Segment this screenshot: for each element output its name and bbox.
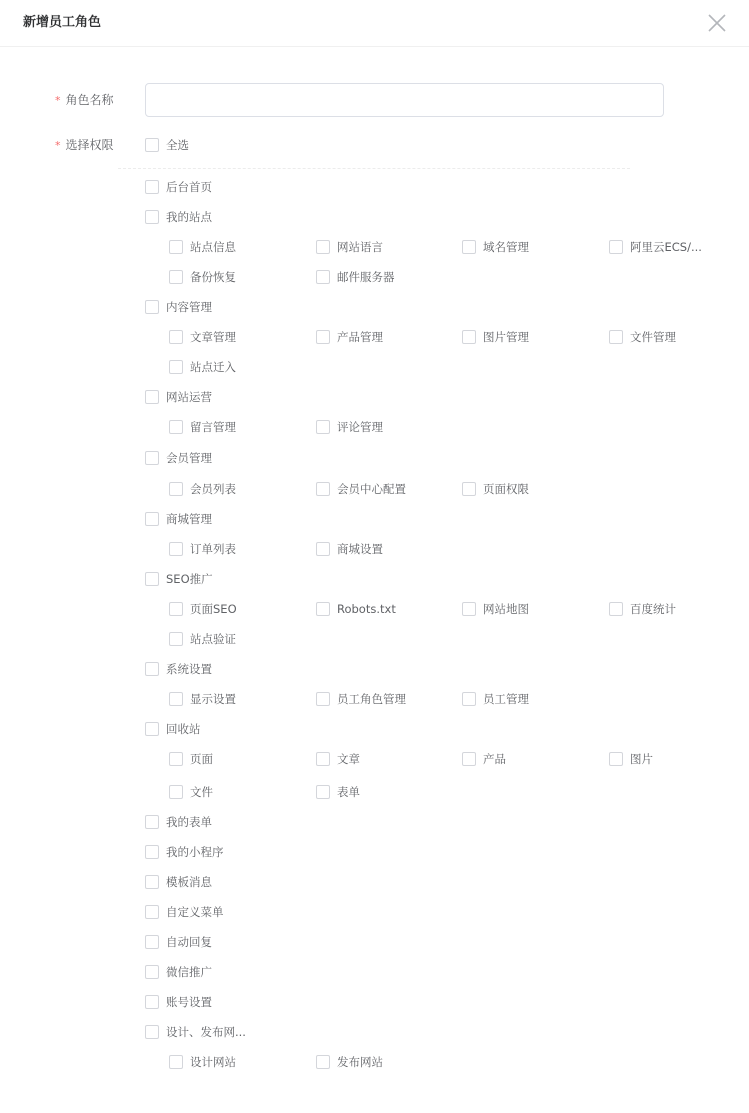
permission-item-checkbox[interactable]: 员工角色管理: [316, 691, 406, 707]
permission-item-label: 留言管理: [190, 419, 236, 435]
checkbox-box[interactable]: [462, 752, 476, 766]
permission-item-checkbox[interactable]: 产品: [462, 751, 506, 767]
permission-item-label: 图片管理: [483, 329, 529, 345]
checkbox-box[interactable]: [145, 210, 159, 224]
checkbox-box[interactable]: [169, 692, 183, 706]
checkbox-box[interactable]: [316, 482, 330, 496]
permission-item-checkbox[interactable]: 站点信息: [169, 239, 236, 255]
permission-item-checkbox[interactable]: 文章管理: [169, 329, 236, 345]
permission-item-label: 百度统计: [630, 601, 676, 617]
permission-item-checkbox[interactable]: 会员列表: [169, 481, 236, 497]
permission-item-checkbox[interactable]: 站点迁入: [169, 359, 236, 375]
permission-item-label: 显示设置: [190, 691, 236, 707]
permission-item-label: 文件管理: [630, 329, 676, 345]
permission-item-checkbox[interactable]: 网站地图: [462, 601, 529, 617]
permission-item-label: 图片: [630, 751, 653, 767]
permission-item-checkbox[interactable]: 百度统计: [609, 601, 676, 617]
checkbox-box[interactable]: [145, 995, 159, 1009]
checkbox-box[interactable]: [609, 240, 623, 254]
checkbox-box[interactable]: [145, 451, 159, 465]
permission-item-label: 站点迁入: [190, 359, 236, 375]
permission-item-checkbox[interactable]: 页面SEO: [169, 601, 237, 617]
permission-item-label: 网站语言: [337, 239, 383, 255]
permission-item-checkbox[interactable]: 评论管理: [316, 419, 383, 435]
permission-group-checkbox[interactable]: 系统设置: [145, 661, 212, 677]
permission-item-checkbox[interactable]: 文件管理: [609, 329, 676, 345]
permission-item-label: 站点验证: [190, 631, 236, 647]
permission-group-label: 内容管理: [166, 299, 212, 315]
permission-group-checkbox[interactable]: 设计、发布网...: [145, 1024, 246, 1040]
permission-item-label: 文件: [190, 784, 213, 800]
permission-group-label: 我的表单: [166, 814, 212, 830]
checkbox-box[interactable]: [316, 240, 330, 254]
permission-item-label: 会员列表: [190, 481, 236, 497]
permission-group-checkbox[interactable]: 我的站点: [145, 209, 212, 225]
checkbox-box[interactable]: [169, 360, 183, 374]
checkbox-box[interactable]: [316, 692, 330, 706]
permission-group-checkbox[interactable]: 微信推广: [145, 964, 212, 980]
permission-item-checkbox[interactable]: 产品管理: [316, 329, 383, 345]
permission-group-label: SEO推广: [166, 571, 213, 587]
permission-group-checkbox[interactable]: 网站运营: [145, 389, 212, 405]
permission-group-label: 我的小程序: [166, 844, 224, 860]
checkbox-box[interactable]: [145, 180, 159, 194]
permission-group-checkbox[interactable]: 商城管理: [145, 511, 212, 527]
checkbox-box[interactable]: [316, 602, 330, 616]
permission-item-label: 产品管理: [337, 329, 383, 345]
close-button[interactable]: [704, 10, 730, 36]
checkbox-box[interactable]: [462, 240, 476, 254]
checkbox-box[interactable]: [169, 1055, 183, 1069]
checkbox-box[interactable]: [316, 785, 330, 799]
permission-item-label: 员工管理: [483, 691, 529, 707]
permission-group-label: 系统设置: [166, 661, 212, 677]
checkbox-box[interactable]: [145, 512, 159, 526]
permission-item-checkbox[interactable]: 留言管理: [169, 419, 236, 435]
permission-item-label: 邮件服务器: [337, 269, 395, 285]
permission-item-checkbox[interactable]: 邮件服务器: [316, 269, 395, 285]
checkbox-box[interactable]: [145, 815, 159, 829]
select-all-checkbox[interactable]: 全选: [145, 137, 189, 153]
permission-item-checkbox[interactable]: 图片管理: [462, 329, 529, 345]
checkbox-box[interactable]: [462, 482, 476, 496]
permission-group-label: 后台首页: [166, 179, 212, 195]
permission-item-checkbox[interactable]: 设计网站: [169, 1054, 236, 1070]
checkbox-box[interactable]: [169, 270, 183, 284]
checkbox-box[interactable]: [145, 935, 159, 949]
checkbox-box[interactable]: [169, 542, 183, 556]
permission-item-checkbox[interactable]: 订单列表: [169, 541, 236, 557]
permission-item-label: Robots.txt: [337, 601, 396, 617]
permission-item-checkbox[interactable]: 网站语言: [316, 239, 383, 255]
checkbox-box[interactable]: [316, 542, 330, 556]
permission-group-checkbox[interactable]: 回收站: [145, 721, 201, 737]
permission-item-label: 设计网站: [190, 1054, 236, 1070]
checkbox-box[interactable]: [316, 1055, 330, 1069]
permission-group-checkbox[interactable]: 我的表单: [145, 814, 212, 830]
permission-item-label: 表单: [337, 784, 360, 800]
permission-item-label: 备份恢复: [190, 269, 236, 285]
checkbox-box[interactable]: [169, 420, 183, 434]
permission-item-label: 站点信息: [190, 239, 236, 255]
permission-group-label: 自动回复: [166, 934, 212, 950]
checkbox-box[interactable]: [145, 390, 159, 404]
checkbox-box[interactable]: [462, 692, 476, 706]
checkbox-box[interactable]: [316, 330, 330, 344]
permission-group-label: 模板消息: [166, 874, 212, 890]
permission-item-checkbox[interactable]: 表单: [316, 784, 360, 800]
permission-group-label: 我的站点: [166, 209, 212, 225]
checkbox-box[interactable]: [316, 420, 330, 434]
permission-item-label: 发布网站: [337, 1054, 383, 1070]
permission-group-checkbox[interactable]: 内容管理: [145, 299, 212, 315]
permission-item-label: 阿里云ECS/...: [630, 239, 702, 255]
permission-item-label: 商城设置: [337, 541, 383, 557]
checkbox-box[interactable]: [169, 240, 183, 254]
permission-item-label: 订单列表: [190, 541, 236, 557]
permission-item-label: 域名管理: [483, 239, 529, 255]
checkbox-box[interactable]: [316, 270, 330, 284]
permission-group-label: 账号设置: [166, 994, 212, 1010]
permission-group-checkbox[interactable]: 账号设置: [145, 994, 212, 1010]
checkbox-box[interactable]: [145, 722, 159, 736]
permission-item-label: 页面SEO: [190, 601, 237, 617]
required-mark: *: [55, 94, 61, 107]
checkbox-box[interactable]: [169, 752, 183, 766]
permission-item-checkbox[interactable]: 域名管理: [462, 239, 529, 255]
permissions-label: *选择权限: [55, 137, 114, 154]
permission-item-checkbox[interactable]: 文件: [169, 784, 213, 800]
checkbox-box[interactable]: [169, 602, 183, 616]
permission-group-checkbox[interactable]: 模板消息: [145, 874, 212, 890]
permission-item-label: 文章: [337, 751, 360, 767]
permission-item-label: 会员中心配置: [337, 481, 406, 497]
permission-item-checkbox[interactable]: 图片: [609, 751, 653, 767]
permission-item-label: 产品: [483, 751, 506, 767]
checkbox-box[interactable]: [145, 1025, 159, 1039]
permission-group-label: 网站运营: [166, 389, 212, 405]
permission-group-label: 回收站: [166, 721, 201, 737]
permission-item-label: 页面权限: [483, 481, 529, 497]
checkbox-box[interactable]: [145, 875, 159, 889]
checkbox-box[interactable]: [169, 482, 183, 496]
permission-group-checkbox[interactable]: 后台首页: [145, 179, 212, 195]
permission-item-checkbox[interactable]: 会员中心配置: [316, 481, 406, 497]
permission-group-checkbox[interactable]: 自定义菜单: [145, 904, 224, 920]
checkbox-box[interactable]: [609, 752, 623, 766]
add-role-dialog: 新增员工角色 *角色名称 *选择权限 全选 后台首页我的站点站点信息网站语言域名…: [0, 0, 749, 1113]
checkbox-box[interactable]: [145, 300, 159, 314]
checkbox-box[interactable]: [316, 752, 330, 766]
checkbox-box[interactable]: [145, 572, 159, 586]
permission-item-label: 员工角色管理: [337, 691, 406, 707]
role-name-input[interactable]: [145, 83, 664, 117]
dialog-title: 新增员工角色: [23, 14, 101, 32]
permission-group-label: 会员管理: [166, 450, 212, 466]
checkbox-box[interactable]: [145, 845, 159, 859]
permission-item-checkbox[interactable]: 阿里云ECS/...: [609, 239, 702, 255]
checkbox-box[interactable]: [169, 785, 183, 799]
permission-item-label: 评论管理: [337, 419, 383, 435]
permission-item-label: 页面: [190, 751, 213, 767]
permission-group-label: 设计、发布网...: [166, 1024, 246, 1040]
permission-group-label: 微信推广: [166, 964, 212, 980]
checkbox-box[interactable]: [145, 138, 159, 152]
permission-item-checkbox[interactable]: 显示设置: [169, 691, 236, 707]
checkbox-box[interactable]: [462, 602, 476, 616]
permission-item-label: 网站地图: [483, 601, 529, 617]
checkbox-box[interactable]: [169, 330, 183, 344]
checkbox-box[interactable]: [609, 602, 623, 616]
permission-group-label: 自定义菜单: [166, 904, 224, 920]
dialog-header: 新增员工角色: [0, 0, 749, 47]
checkbox-box[interactable]: [145, 905, 159, 919]
checkbox-box[interactable]: [169, 632, 183, 646]
permission-group-checkbox[interactable]: 我的小程序: [145, 844, 224, 860]
permission-group-checkbox[interactable]: SEO推广: [145, 571, 213, 587]
divider: [118, 168, 630, 169]
checkbox-box[interactable]: [145, 965, 159, 979]
checkbox-box[interactable]: [462, 330, 476, 344]
permission-group-checkbox[interactable]: 自动回复: [145, 934, 212, 950]
permission-item-checkbox[interactable]: 站点验证: [169, 631, 236, 647]
permission-item-checkbox[interactable]: 文章: [316, 751, 360, 767]
permission-item-checkbox[interactable]: 页面权限: [462, 481, 529, 497]
permission-item-checkbox[interactable]: 员工管理: [462, 691, 529, 707]
permission-group-checkbox[interactable]: 会员管理: [145, 450, 212, 466]
permission-item-checkbox[interactable]: 发布网站: [316, 1054, 383, 1070]
permission-item-checkbox[interactable]: 商城设置: [316, 541, 383, 557]
permission-group-label: 商城管理: [166, 511, 212, 527]
close-icon: [704, 10, 730, 36]
permission-item-checkbox[interactable]: Robots.txt: [316, 601, 396, 617]
checkbox-box[interactable]: [609, 330, 623, 344]
checkbox-box[interactable]: [145, 662, 159, 676]
role-name-label: *角色名称: [55, 92, 114, 109]
required-mark: *: [55, 139, 61, 152]
permission-item-label: 文章管理: [190, 329, 236, 345]
permission-item-checkbox[interactable]: 页面: [169, 751, 213, 767]
permission-item-checkbox[interactable]: 备份恢复: [169, 269, 236, 285]
